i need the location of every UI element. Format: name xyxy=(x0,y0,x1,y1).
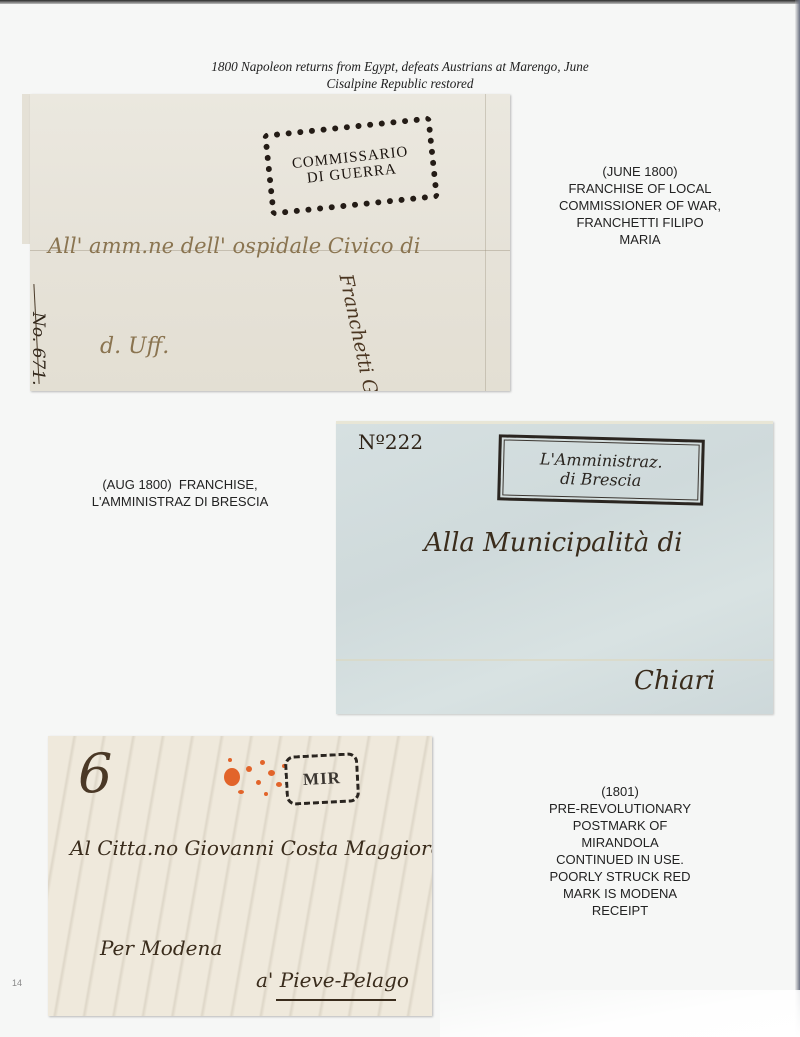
caption-line: CONTINUED IN USE. xyxy=(520,851,720,868)
cover-lower-note: d. Uff. xyxy=(100,334,169,359)
cover-address: Al Citta.no Giovanni Costa Maggiore xyxy=(70,836,432,860)
underline xyxy=(276,999,396,1001)
caption-line: (AUG 1800) FRANCHISE, xyxy=(50,476,310,493)
caption-item-2: (AUG 1800) FRANCHISE, L'AMMINISTRAZ DI B… xyxy=(50,476,310,510)
page-title-line-2: Cisalpine Republic restored xyxy=(120,75,680,92)
caption-line: (JUNE 1800) xyxy=(520,163,760,180)
fold-line xyxy=(336,659,773,661)
scan-glare xyxy=(440,990,800,1037)
cover-address: All' amm.ne dell' ospidale Civico di xyxy=(48,234,420,258)
scan-top-edge xyxy=(0,0,800,4)
postmark-mirandola: MIR xyxy=(284,752,361,806)
caption-item-1: (JUNE 1800) FRANCHISE OF LOCAL COMMISSIO… xyxy=(520,163,760,248)
cover-1-commissario-di-guerra: COMMISSARIO DI GUERRA All' amm.ne dell' … xyxy=(30,94,510,391)
caption-line: (1801) xyxy=(520,783,720,800)
caption-line: FRANCHETTI FILIPO xyxy=(520,214,760,231)
cover-address: Alla Municipalità di xyxy=(424,528,682,558)
postmark-amministraz-di-brescia: L'Amministraz. di Brescia xyxy=(497,434,705,505)
fold-line xyxy=(485,94,486,391)
caption-item-3: (1801) PRE-REVOLUTIONARY POSTMARK OF MIR… xyxy=(520,783,720,919)
postmark-text: MIR xyxy=(303,768,342,790)
cover-3-mirandola: 6 MIR Al Citta.no Giovanni Costa Maggior… xyxy=(48,736,432,1016)
cover-number: Nº222 xyxy=(358,430,423,454)
pencil-page-number: 14 xyxy=(12,978,22,988)
page-title: 1800 Napoleon returns from Egypt, defeat… xyxy=(120,58,680,92)
caption-line: POSTMARK OF xyxy=(520,817,720,834)
caption-line: MARK IS MODENA xyxy=(520,885,720,902)
cover-rate: 6 xyxy=(78,742,112,805)
page-title-line-1: 1800 Napoleon returns from Egypt, defeat… xyxy=(120,58,680,75)
cover-destination: a' Pieve-Pelago xyxy=(256,968,409,992)
cover-destination: Chiari xyxy=(634,666,715,696)
postmark-line: di Brescia xyxy=(560,469,642,490)
cover-signature: Franchetti Guerra xyxy=(334,272,392,391)
caption-line: L'AMMINISTRAZ DI BRESCIA xyxy=(50,493,310,510)
postmark-line: L'Amministraz. xyxy=(540,449,663,471)
cover-2-amministraz-di-brescia: Nº222 L'Amministraz. di Brescia Alla Mun… xyxy=(336,421,773,714)
postmark-commissario-di-guerra: COMMISSARIO DI GUERRA xyxy=(262,115,440,216)
caption-line: RECEIPT xyxy=(520,902,720,919)
caption-line: COMMISSIONER OF WAR, xyxy=(520,197,760,214)
caption-line: MARIA xyxy=(520,231,760,248)
cover-via: Per Modena xyxy=(100,936,222,960)
caption-line: MIRANDOLA xyxy=(520,834,720,851)
caption-line: POORLY STRUCK RED xyxy=(520,868,720,885)
caption-line: PRE-REVOLUTIONARY xyxy=(520,800,720,817)
scan-right-edge xyxy=(795,0,800,1037)
caption-line: FRANCHISE OF LOCAL xyxy=(520,180,760,197)
